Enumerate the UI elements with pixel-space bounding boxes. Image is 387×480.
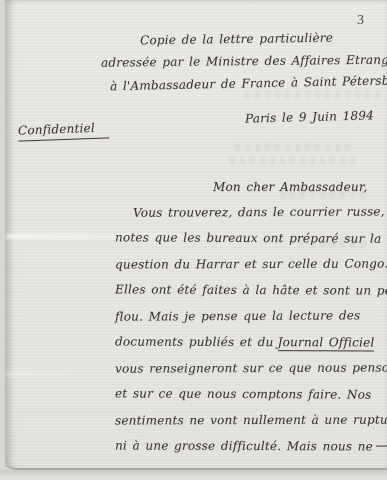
body-line: question du Harrar et sur celle du Congo… — [115, 257, 387, 272]
body-line: documents publiés et duJournal Officiel — [115, 335, 374, 350]
body-line-text: documents publiés et du — [115, 335, 274, 350]
body-line: flou. Mais je pense que la lecture des — [115, 308, 360, 323]
bleed-through-smudge — [235, 143, 355, 151]
body-line: Elles ont été faites à la hâte et sont u… — [115, 282, 387, 297]
scanned-letter-page: 3 Copie de la lettre particulière adress… — [0, 0, 387, 480]
body-line: vous renseigneront sur ce que nous penso… — [115, 360, 387, 375]
body-line: et sur ce que nous comptons faire. Nos — [115, 386, 372, 401]
bleed-through-smudge — [230, 157, 360, 165]
heading-line: Copie de la lettre particulière — [140, 31, 333, 48]
body-line: notes que les bureaux ont préparé sur la — [115, 230, 381, 245]
heading-line: adressée par le Ministre des Affaires Et… — [101, 52, 387, 69]
journal-officiel-underlined: Journal Officiel — [278, 335, 375, 351]
salutation: Mon cher Ambassadeur, — [213, 180, 367, 194]
confidential-label: Confidentiel — [18, 120, 110, 141]
body-line: sentiments ne vont nullement à une ruptu… — [115, 413, 387, 428]
body-line: Vous trouverez, dans le courrier russe, … — [133, 204, 387, 220]
bleed-through-smudge — [245, 90, 380, 99]
scanner-background — [0, 470, 387, 480]
body-line: ni à une grosse difficulté. Mais nous ne — [115, 438, 387, 453]
paper-crease — [6, 372, 96, 376]
page-number: 3 — [357, 13, 364, 29]
